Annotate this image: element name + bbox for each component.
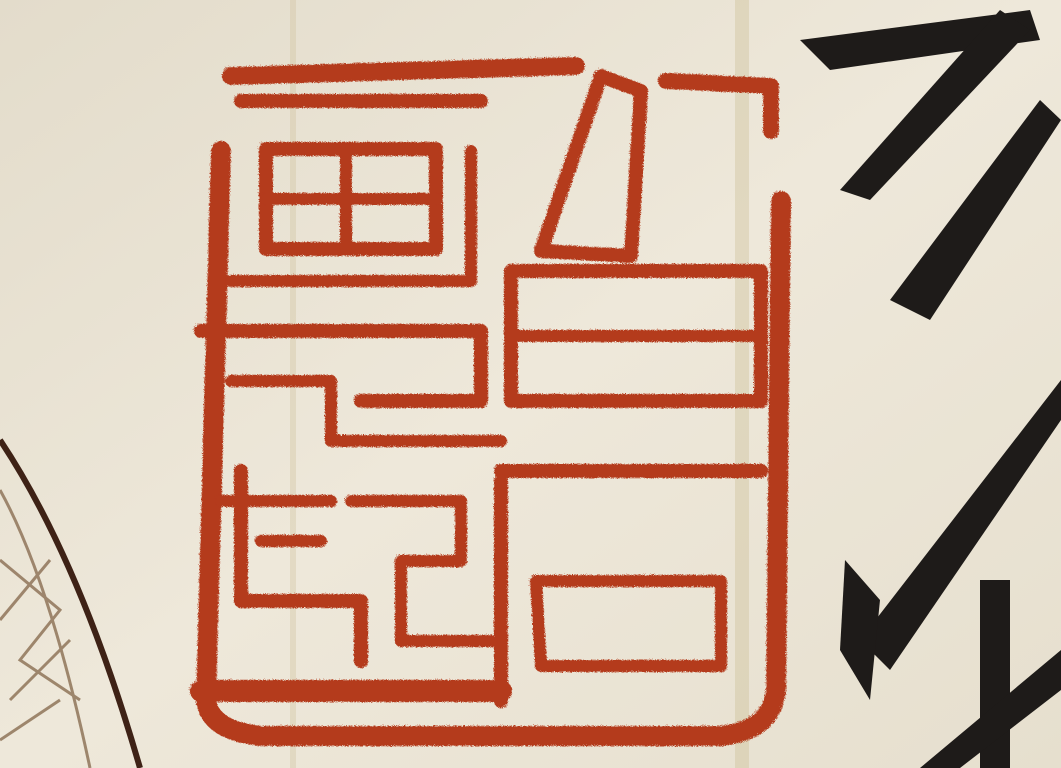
- seal-photo: [0, 0, 1061, 768]
- photo-scene: Red Chinese seal (chop) impression on pa…: [0, 0, 1061, 768]
- paper-background: [0, 0, 1061, 768]
